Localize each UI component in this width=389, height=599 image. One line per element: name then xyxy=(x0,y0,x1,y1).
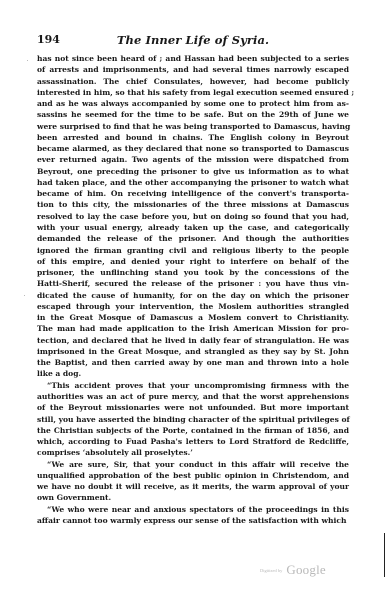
text-line: dicated the cause of humanity, for on th… xyxy=(37,290,349,301)
text-line: been arrested and bound in chains. The E… xyxy=(37,132,349,143)
text-line: the Baptist, and then carried away by on… xyxy=(37,357,349,368)
text-line: the Christian subjects of the Porte, con… xyxy=(37,425,349,436)
text-line: and as he was always accompanied by some… xyxy=(37,98,349,109)
text-line: of the Beyrout missionaries were not unf… xyxy=(37,402,349,413)
text-line: tection, and declared that he lived in d… xyxy=(37,335,349,346)
text-line: became of him. On receiving intelligence… xyxy=(37,188,349,199)
paragraph: “This accident proves that your uncompro… xyxy=(37,380,349,459)
text-line: which, according to Fuad Pasha's letters… xyxy=(37,436,349,447)
text-line: had taken place, and the other accompany… xyxy=(37,177,349,188)
text-line: still, you have asserted the binding cha… xyxy=(37,414,349,425)
text-line: tion to this city, the missionaries of t… xyxy=(37,199,349,210)
running-title: The Inner Life of Syria. xyxy=(37,33,349,47)
text-line: Beyrout, one preceding the prisoner to g… xyxy=(37,166,349,177)
watermark-brand: Google xyxy=(286,562,325,577)
text-line: were surprised to find that he was being… xyxy=(37,121,349,132)
text-line: with your usual energy, already taken up… xyxy=(37,222,349,233)
text-line: we have no doubt it will receive, as it … xyxy=(37,481,349,492)
text-line: comprises ‘absolutely all proselytes.’ xyxy=(37,447,349,458)
text-line: escaped through your intervention, the M… xyxy=(37,301,349,312)
paragraph: has not since been heard of ; and Hassan… xyxy=(37,53,349,380)
text-line: like a dog. xyxy=(37,368,349,379)
text-line: Hatti-Sherif, secured the release of the… xyxy=(37,278,349,289)
page-edge-mark xyxy=(384,533,385,577)
text-line: of this empire, and denied your right to… xyxy=(37,256,349,267)
text-line: unqualified approbation of the best publ… xyxy=(37,470,349,481)
text-line: demanded the release of the prisoner. An… xyxy=(37,233,349,244)
text-line: prisoner, the unflinching stand you took… xyxy=(37,267,349,278)
digitized-by-google-watermark: Digitized by Google xyxy=(260,561,326,579)
page-header: 194 The Inner Life of Syria. xyxy=(37,33,349,47)
paragraph: “We are sure, Sir, that your conduct in … xyxy=(37,459,349,504)
text-line: sassins he seemed for the time to be saf… xyxy=(37,109,349,120)
text-line: “We who were near and anxious spectators… xyxy=(37,504,349,515)
text-line: imprisoned in the Great Mosque, and stra… xyxy=(37,346,349,357)
text-line: The man had made application to the Iris… xyxy=(37,323,349,334)
text-line: became alarmed, as they declared that no… xyxy=(37,143,349,154)
body-text: has not since been heard of ; and Hassan… xyxy=(37,53,349,526)
scan-speck xyxy=(27,60,28,61)
paragraph: “We who were near and anxious spectators… xyxy=(37,504,349,527)
text-line: of arrests and imprisonments, and had se… xyxy=(37,64,349,75)
text-line: interested in him, so that his safety fr… xyxy=(37,87,349,98)
text-line: in the Great Mosque of Damascus a Moslem… xyxy=(37,312,349,323)
text-line: affair cannot too warmly express our sen… xyxy=(37,515,349,526)
text-line: ever returned again. Two agents of the m… xyxy=(37,154,349,165)
text-line: ignored the firman granting civil and re… xyxy=(37,245,349,256)
text-line: resolved to lay the case before you, but… xyxy=(37,211,349,222)
text-line: “This accident proves that your uncompro… xyxy=(37,380,349,391)
text-line: “We are sure, Sir, that your conduct in … xyxy=(37,459,349,470)
scan-speck xyxy=(24,295,25,296)
watermark-prefix: Digitized by xyxy=(260,568,282,573)
text-line: authorities was an act of pure mercy, an… xyxy=(37,391,349,402)
text-line: has not since been heard of ; and Hassan… xyxy=(37,53,349,64)
text-line: own Government. xyxy=(37,492,349,503)
text-line: assassination. The chief Consulates, how… xyxy=(37,76,349,87)
